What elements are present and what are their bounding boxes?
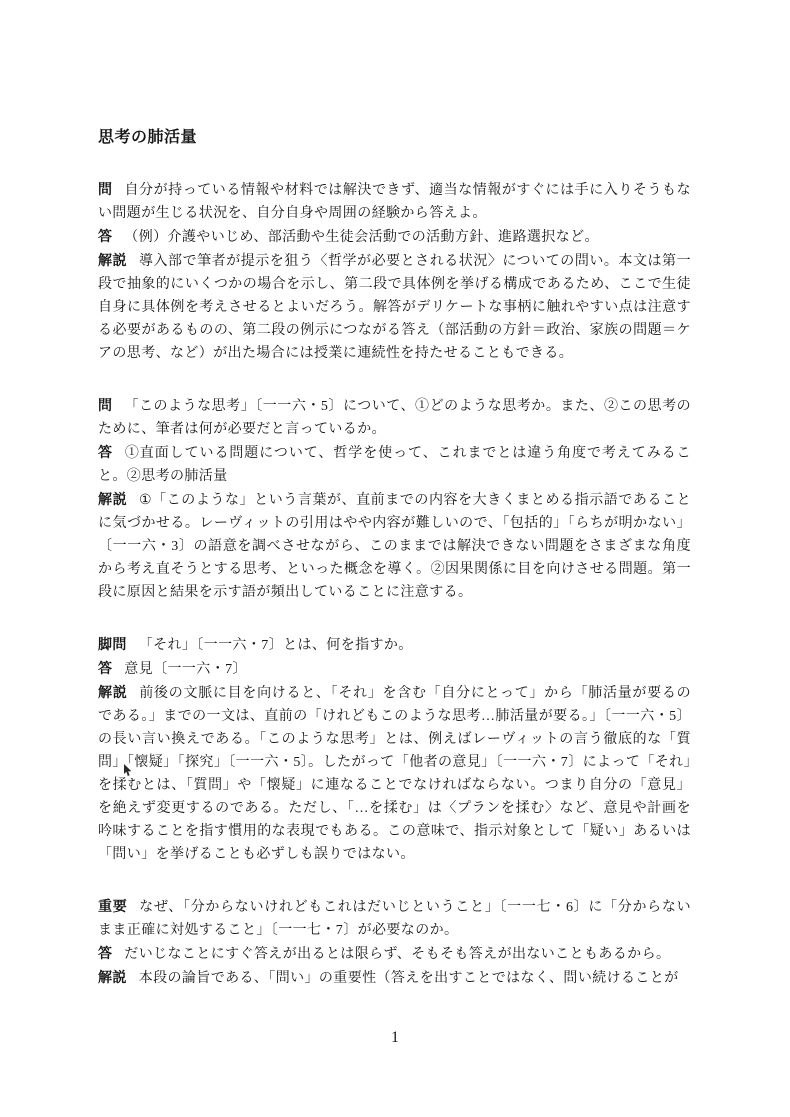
footnote-question-paragraph: 脚問「それ」〔一一六・7〕とは、何を指すか。 [98,633,691,657]
paragraph-label: 解説 [98,252,127,268]
paragraph-label: 答 [98,660,112,676]
paragraph-text: 導入部で筆者が提示を狙う〈哲学が必要とされる状況〉についての問い。本文は第一段で… [98,254,691,361]
paragraph-text: 前後の文脈に目を向けると、「それ」を含む「自分にとって」から「肺活量が要るのであ… [98,686,691,862]
answer-paragraph: 答意見〔一一六・7〕 [98,657,691,681]
paragraph-text: 本段の論旨である、「問い」の重要性（答えを出すことではなく、問い続けることが [139,971,679,986]
document-page: 思考の肺活量 問自分が持っている情報や材料では解決できず、適当な情報がすぐには手… [0,0,790,1117]
paragraph-label: 解説 [98,969,127,985]
answer-paragraph: 答だいじなことにすぐ答えが出るとは限らず、そもそも答えが出ないこともあるから。 [98,942,691,966]
paragraph-text: 「このような思考」〔一一六・5〕について、①どのような思考か。また、②この思考の… [98,399,691,437]
explanation-paragraph: 解説①「このような」という言葉が、直前までの内容を大きくまとめる指示語であること… [98,488,691,604]
explanation-paragraph: 解説前後の文脈に目を向けると、「それ」を含む「自分にとって」から「肺活量が要るの… [98,681,691,866]
important-question-paragraph: 重要なぜ、「分からないけれどもこれはだいじということ」〔一一七・6〕に「分からな… [98,895,691,942]
answer-paragraph: 答（例）介護やいじめ、部活動や生徒会活動での活動方針、進路選択など。 [98,225,691,249]
qa-section-3: 脚問「それ」〔一一六・7〕とは、何を指すか。 答意見〔一一六・7〕 解説前後の文… [98,633,691,866]
paragraph-label: 答 [98,228,112,244]
answer-paragraph: 答①直面している問題について、哲学を使って、これまでとは違う角度で考えてみること… [98,441,691,488]
paragraph-text: だいじなことにすぐ答えが出るとは限らず、そもそも答えが出ないこともあるから。 [124,947,670,962]
paragraph-label: 問 [98,397,113,413]
paragraph-label: 重要 [98,898,127,914]
qa-section-2: 問「このような思考」〔一一六・5〕について、①どのような思考か。また、②この思考… [98,394,691,604]
paragraph-text: 「それ」〔一一六・7〕とは、何を指すか。 [139,638,413,653]
paragraph-text: なぜ、「分からないけれどもこれはだいじということ」〔一一七・6〕に「分からないま… [98,900,691,938]
question-paragraph: 問自分が持っている情報や材料では解決できず、適当な情報がすぐには手に入りそうもな… [98,178,691,225]
document-content: 思考の肺活量 問自分が持っている情報や材料では解決できず、適当な情報がすぐには手… [98,126,691,990]
explanation-paragraph: 解説本段の論旨である、「問い」の重要性（答えを出すことではなく、問い続けることが [98,966,691,990]
qa-section-1: 問自分が持っている情報や材料では解決できず、適当な情報がすぐには手に入りそうもな… [98,178,691,365]
paragraph-label: 答 [98,945,112,961]
paragraph-text: 意見〔一一六・7〕 [124,662,247,677]
question-paragraph: 問「このような思考」〔一一六・5〕について、①どのような思考か。また、②この思考… [98,394,691,441]
page-number: 1 [0,1026,790,1049]
paragraph-text: （例）介護やいじめ、部活動や生徒会活動での活動方針、進路選択など。 [124,230,599,245]
paragraph-label: 問 [98,181,113,197]
paragraph-label: 答 [98,444,113,460]
paragraph-label: 解説 [98,684,127,700]
explanation-paragraph: 解説導入部で筆者が提示を狙う〈哲学が必要とされる状況〉についての問い。本文は第一… [98,249,691,365]
paragraph-text: ①「このような」という言葉が、直前までの内容を大きくまとめる指示語であることに気… [98,493,691,600]
paragraph-text: 自分が持っている情報や材料では解決できず、適当な情報がすぐには手に入りそうもない… [98,183,691,221]
page-title: 思考の肺活量 [98,126,691,149]
qa-section-4: 重要なぜ、「分からないけれどもこれはだいじということ」〔一一七・6〕に「分からな… [98,895,691,990]
paragraph-label: 解説 [98,491,127,507]
paragraph-label: 脚問 [98,636,127,652]
mouse-cursor-icon [123,764,132,777]
paragraph-text: ①直面している問題について、哲学を使って、これまでとは違う角度で考えてみること。… [98,446,691,484]
